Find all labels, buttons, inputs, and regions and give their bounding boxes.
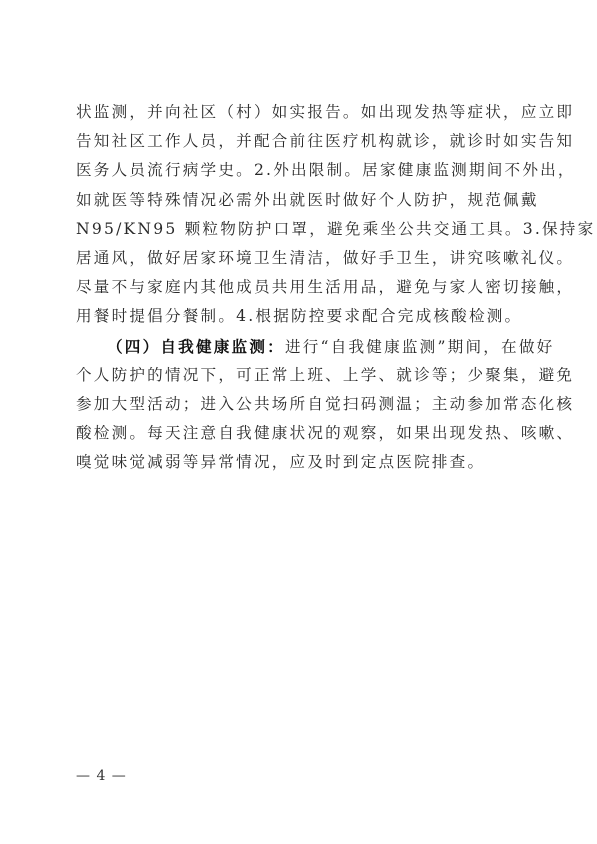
text-line: 尽量不与家庭内其他成员共用生活用品，避免与家人密切接触， (76, 273, 518, 302)
page-number: — 4 — (76, 768, 127, 784)
document-page: 状监测，并向社区（村）如实报告。如出现发热等症状，应立即 告知社区工作人员，并配… (0, 0, 597, 844)
text-line: 酸检测。每天注意自我健康状况的观察，如果出现发热、咳嗽、 (76, 419, 518, 448)
text-line: 医务人员流行病学史。2.外出限制。居家健康监测期间不外出， (76, 156, 518, 185)
text-line: 参加大型活动；进入公共场所自觉扫码测温；主动参加常态化核 (76, 390, 518, 419)
text-line: 告知社区工作人员，并配合前往医疗机构就诊，就诊时如实告知 (76, 127, 518, 156)
text-line: 如就医等特殊情况必需外出就医时做好个人防护，规范佩戴 (76, 186, 518, 215)
section-4-text: 进行“自我健康监测”期间，在做好 (285, 338, 554, 356)
body-text: 状监测，并向社区（村）如实报告。如出现发热等症状，应立即 告知社区工作人员，并配… (76, 98, 518, 477)
text-line: 居通风，做好居家环境卫生清洁，做好手卫生，讲究咳嗽礼仪。 (76, 244, 518, 273)
section-4-heading: （四）自我健康监测： (107, 337, 285, 356)
text-line: 嗅觉味觉减弱等异常情况，应及时到定点医院排查。 (76, 448, 518, 477)
text-line: 用餐时提倡分餐制。4.根据防控要求配合完成核酸检测。 (76, 302, 518, 331)
text-line: N95/KN95 颗粒物防护口罩，避免乘坐公共交通工具。3.保持家 (76, 215, 518, 244)
text-line: 个人防护的情况下，可正常上班、上学、就诊等；少聚集，避免 (76, 361, 518, 390)
section-4-first-line: （四）自我健康监测：进行“自我健康监测”期间，在做好 (76, 332, 518, 361)
text-line: 状监测，并向社区（村）如实报告。如出现发热等症状，应立即 (76, 98, 518, 127)
